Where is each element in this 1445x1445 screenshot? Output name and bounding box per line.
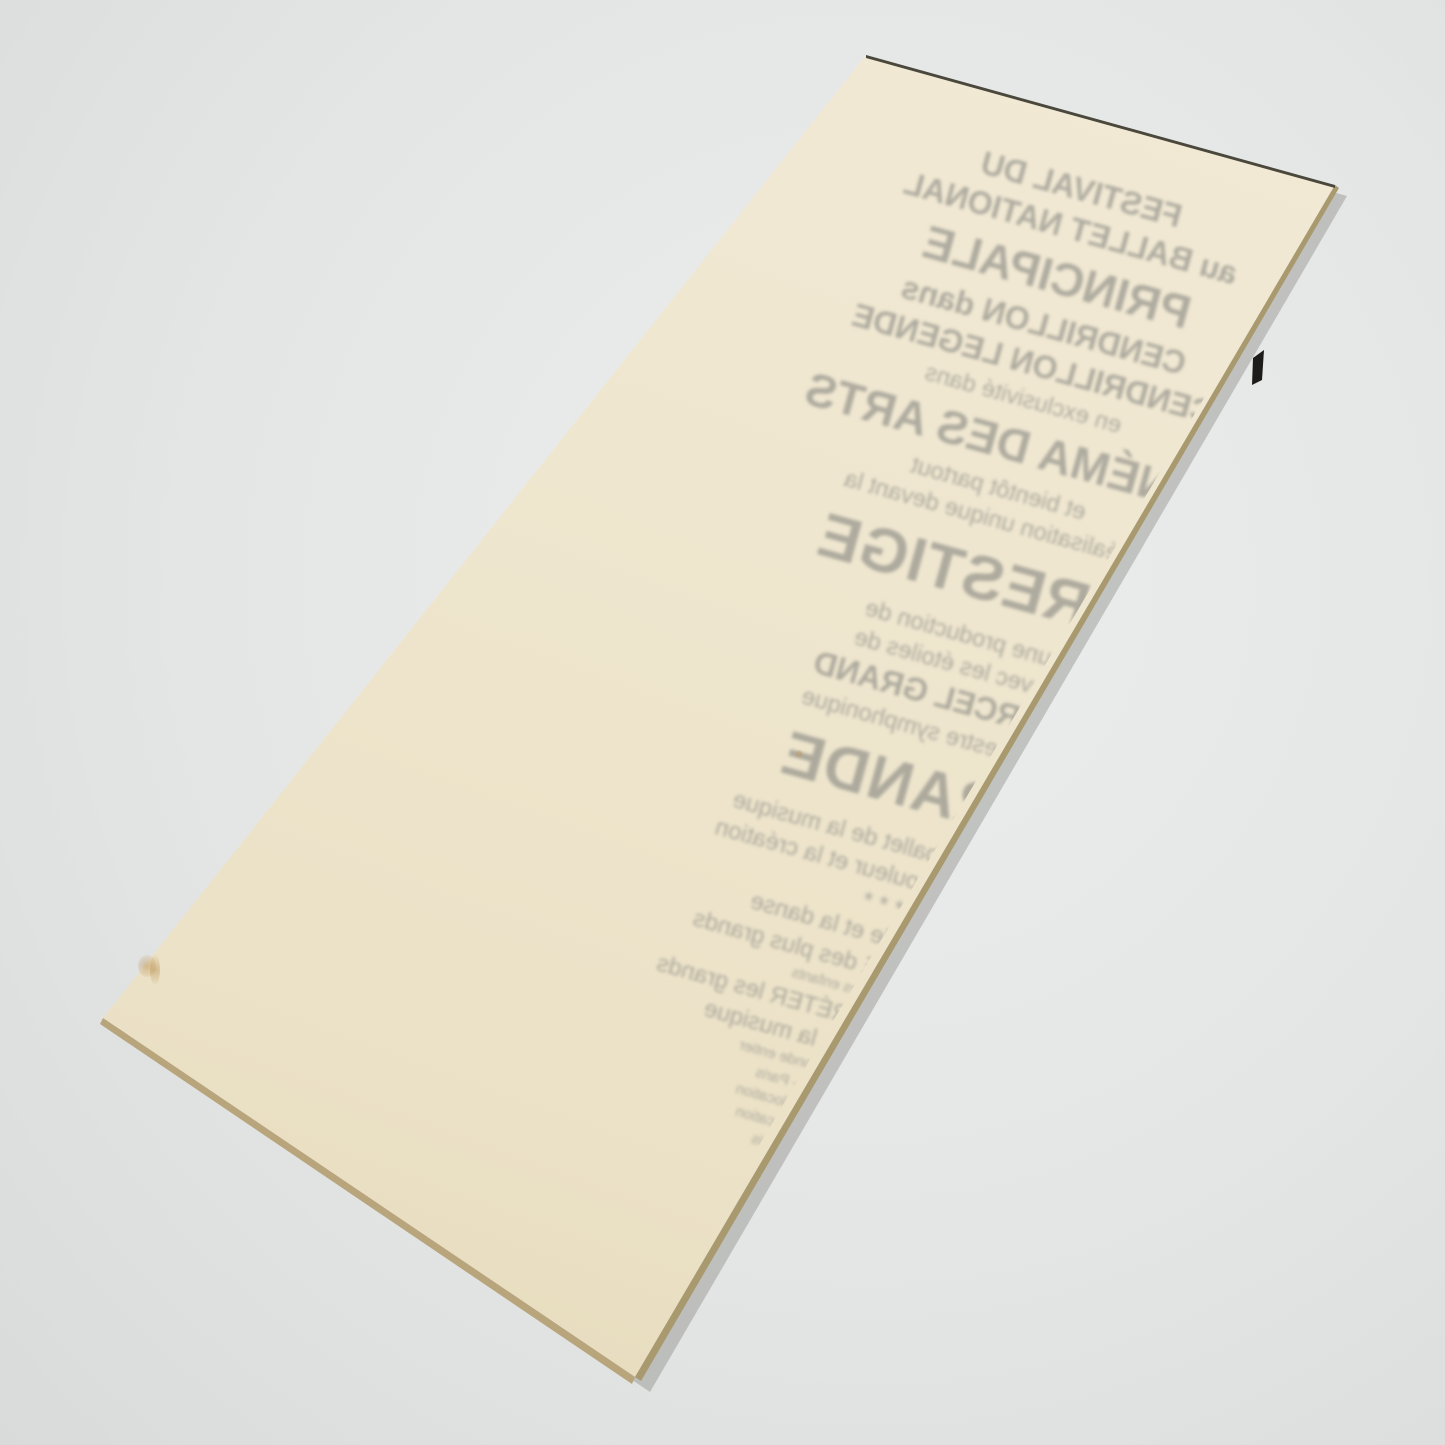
paper-stain <box>150 955 160 985</box>
photo-scene: FESTIVAL DUau BALLET NATIONALPRINCIPALEC… <box>0 0 1445 1445</box>
paper-stain <box>795 750 803 758</box>
mirrored-show-through-text: FESTIVAL DUau BALLET NATIONALPRINCIPALEC… <box>538 55 1336 1369</box>
